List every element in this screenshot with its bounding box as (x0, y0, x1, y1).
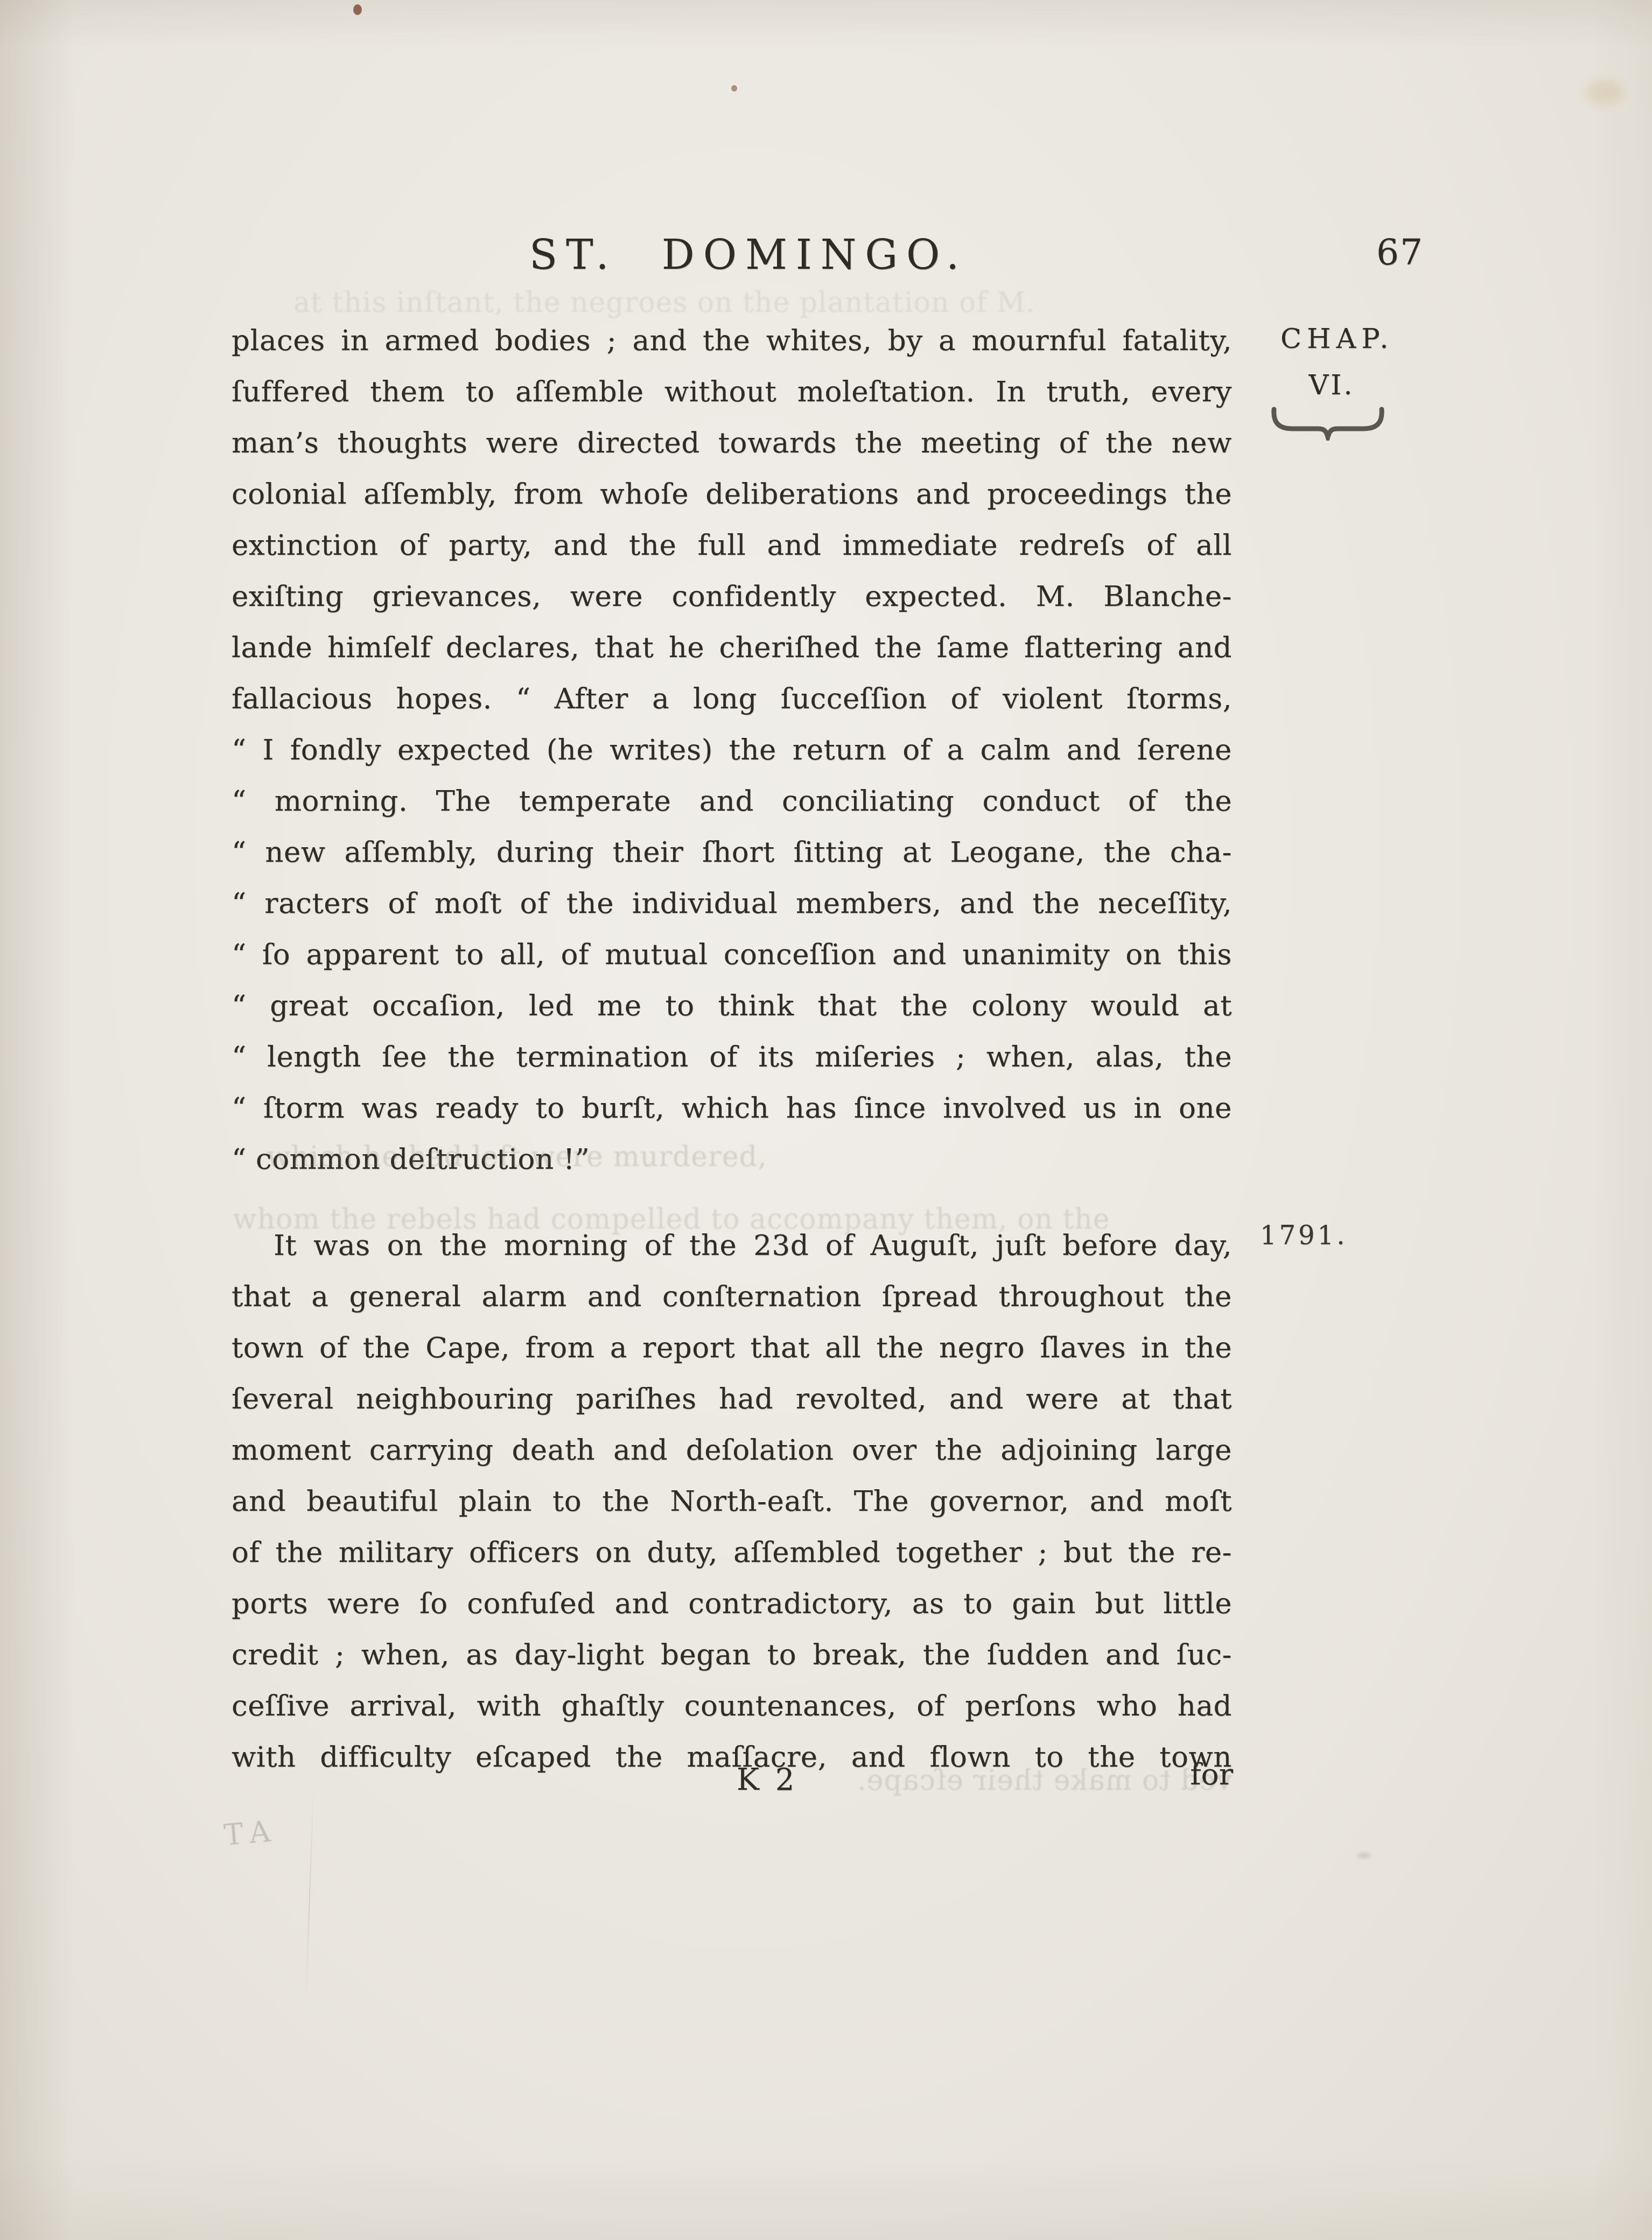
margin-year-note: 1791. (1260, 1220, 1347, 1251)
text-line: It was on the morning of the 23d of Augu… (232, 1220, 1232, 1271)
show-through-text: at this inſtant, the negroes on the plan… (293, 287, 1035, 319)
text-line: ports were ſo confuſed and contradictory… (232, 1578, 1232, 1629)
text-line: “ I fondly expected (he writes) the retu… (232, 724, 1232, 776)
text-line: colonial aſſembly, from whoſe deliberati… (232, 469, 1232, 520)
text-line: with difficulty eſcaped the maſſacre, an… (232, 1732, 1232, 1783)
text-line: “ morning. The temperate and conciliatin… (232, 776, 1232, 827)
text-line: “ common deſtruction !” (232, 1134, 1232, 1185)
text-line: moment carrying death and deſolation ove… (232, 1425, 1232, 1476)
text-line: “ ſo apparent to all, of mutual conceſſi… (232, 929, 1232, 980)
margin-chapter-number: VI. (1280, 369, 1383, 401)
text-line: man’s thoughts were directed towards the… (232, 417, 1232, 469)
text-line: ſeveral neighbouring pariſhes had revolt… (232, 1373, 1232, 1425)
printers-signature: K 2 (737, 1762, 797, 1797)
text-line: “ racters of moſt of the individual memb… (232, 878, 1232, 929)
text-line: and beautiful plain to the North-eaſt. T… (232, 1476, 1232, 1527)
text-line: extinction of party, and the full and im… (232, 520, 1232, 571)
text-line: “ great occaſion, led me to think that t… (232, 980, 1232, 1031)
pencil-annotation: TA (222, 1814, 279, 1852)
text-line: “ length ſee the termination of its miſe… (232, 1031, 1232, 1083)
text-line: lande himſelf declares, that he cheriſhe… (232, 622, 1232, 673)
book-page-scan: ST. DOMINGO. 67 CHAP. VI. 1791. at this … (0, 0, 1652, 2240)
text-line: of the military officers on duty, aſſemb… (232, 1527, 1232, 1578)
text-line: credit ; when, as day-light began to bre… (232, 1629, 1232, 1680)
paper-speck (353, 4, 362, 15)
text-line: town of the Cape, from a report that all… (232, 1322, 1232, 1373)
paper-speck (1357, 1853, 1371, 1858)
text-line: fallacious hopes. “ After a long ſucceſſ… (232, 673, 1232, 724)
chapter-underbrace-icon (1269, 403, 1387, 441)
paper-speck (731, 85, 737, 92)
text-line: ceſſive arrival, with ghaſtly countenanc… (232, 1680, 1232, 1732)
text-line: ſuffered them to aſſemble without moleſt… (232, 366, 1232, 417)
paragraph-2: It was on the morning of the 23d of Augu… (232, 1220, 1232, 1783)
text-line: “ ſtorm was ready to burſt, which has ſi… (232, 1083, 1232, 1134)
running-header-title: ST. DOMINGO. (248, 231, 1249, 278)
catchword: for (1152, 1757, 1233, 1791)
text-line: places in armed bodies ; and the whites,… (232, 315, 1232, 366)
page-number: 67 (1376, 232, 1424, 273)
text-line: that a general alarm and conſternation ſ… (232, 1271, 1232, 1322)
text-line: exiſting grievances, were confidently ex… (232, 571, 1232, 622)
paper-stain (1586, 80, 1623, 106)
paper-crease (305, 1783, 314, 2009)
paragraph-1: places in armed bodies ; and the whites,… (232, 315, 1232, 1185)
margin-chapter-label: CHAP. (1280, 323, 1383, 355)
text-line: “ new aſſembly, during their ſhort ſitti… (232, 827, 1232, 878)
